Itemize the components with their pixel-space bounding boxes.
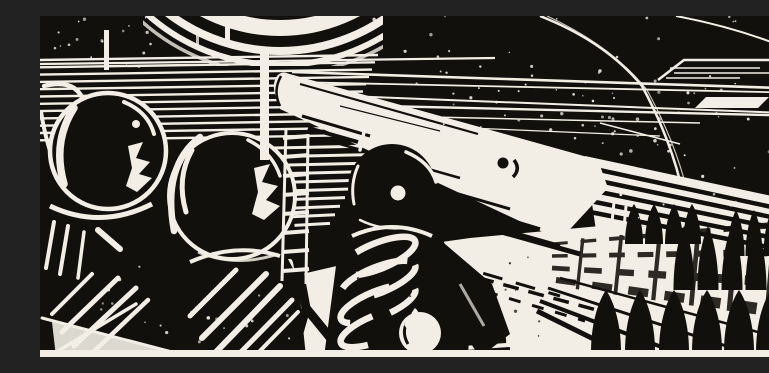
ladder-mast (260, 48, 269, 160)
barrel-port-dot (498, 158, 509, 169)
paper-bottom-margin (40, 350, 769, 357)
sphere-highlight-dot (391, 186, 406, 201)
aiming-sphere (348, 144, 436, 232)
woodcut-illustration: High-contrast black-and-white woodcut st… (40, 16, 769, 357)
illustration-canvas (40, 16, 769, 357)
